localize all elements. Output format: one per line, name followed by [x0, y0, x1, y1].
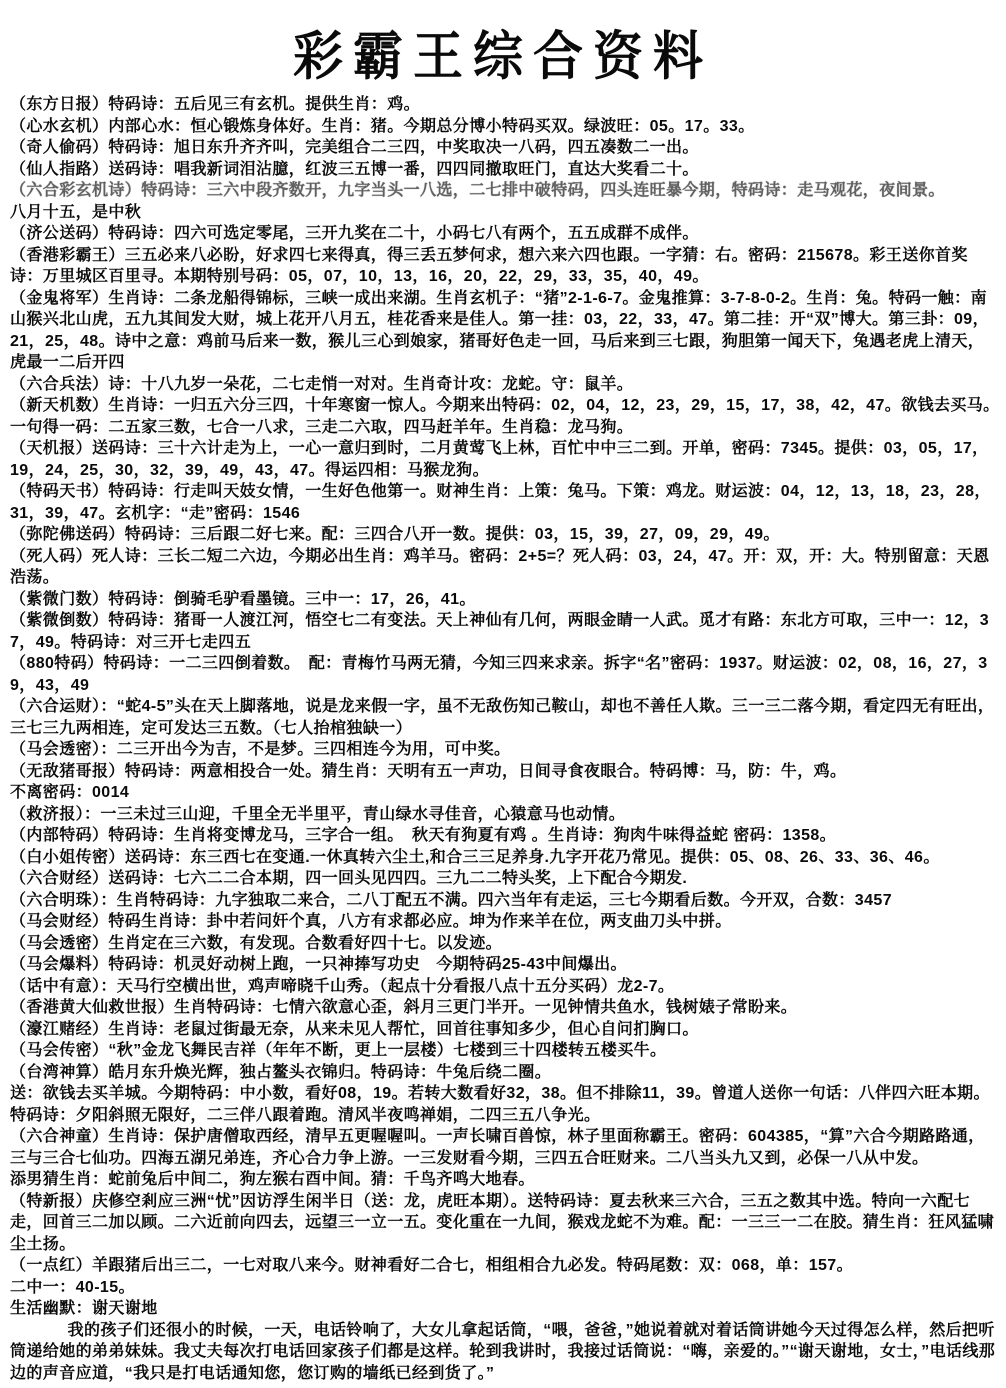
text-line: （特码天书）特码诗：行走叫天妓女情，一生好色他第一。财神生肖：上策：兔马。下策：…	[10, 481, 996, 524]
text-line: （心水玄机）内部心水：恒心锻炼身体好。生肖：猪。今期总分博小特码买双。绿波旺：0…	[10, 116, 996, 138]
page-title: 彩霸王综合资料	[10, 27, 996, 86]
text-line: （死人码）死人诗：三长二短二六边，今期必出生肖：鸡羊马。密码：2+5=？死人码：…	[10, 546, 996, 589]
text-line: （内部特码）特码诗：生肖将变博龙马，三字合一组。 秋天有狗夏有鸡 。生肖诗：狗肉…	[10, 825, 996, 847]
text-line: （六合明珠）：生肖特码诗：九字独取二来合，二八丁配五不满。四六当年有走运，三七今…	[10, 890, 996, 912]
text-line: （救济报）：一三未过三山迎，千里全无半里平，青山绿水寻佳音，心猿意马也动情。	[10, 804, 996, 826]
text-line: 我的孩子们还很小的时候，一天，电话铃响了，大女儿拿起话筒，“喂，爸爸，”她说着就…	[10, 1320, 996, 1385]
text-line: （880特码）特码诗：一二三四倒着数。 配：青梅竹马两无猜，今知三四来求亲。拆字…	[10, 653, 996, 696]
text-line: （香港黄大仙救世报）生肖特码诗：七情六欲意心歪，斜月三更门半开。一见钟情共鱼水，…	[10, 997, 996, 1019]
text-line: 添男猜生肖：蛇前兔后中间二，狗左猴右酉中间。猜：千鸟齐鸣大地春。	[10, 1169, 996, 1191]
text-line: 生活幽默：谢天谢地	[10, 1298, 996, 1320]
text-line: （六合运财）：“蛇4-5”头在天上脚落地，说是龙来假一字，虽不无敌伤知己鞍山，却…	[10, 696, 996, 739]
text-line: （话中有意）：天马行空横出世，鸡声啼晓千山秀。（起点十分看报八点十五分买码）龙2…	[10, 976, 996, 998]
content: （东方日报）特码诗：五后见三有玄机。提供生肖：鸡。（心水玄机）内部心水：恒心锻炼…	[10, 94, 996, 1384]
lottery-info-sheet: 彩霸王综合资料 （东方日报）特码诗：五后见三有玄机。提供生肖：鸡。（心水玄机）内…	[0, 0, 1006, 1388]
text-line: （马会爆料）特码诗：机灵好动树上跑，一只神捧写功史 今期特码25-43中间爆出。	[10, 954, 996, 976]
text-line: （东方日报）特码诗：五后见三有玄机。提供生肖：鸡。	[10, 94, 996, 116]
text-line: （紫微倒数）特码诗：猪哥一人渡江河，悟空七二有变法。天上神仙有几何，两眼金睛一人…	[10, 610, 996, 653]
text-line: 八月十五，是中秋	[10, 202, 996, 224]
text-line: （特新报）庆修空剎应三洲“忧”因访浮生闲半日（送：龙，虎旺本期）。送特码诗：夏去…	[10, 1191, 996, 1256]
text-line: （无敌猪哥报）特码诗：两意相投合一处。猜生肖：天明有五一声功，日间寻食夜眼合。特…	[10, 761, 996, 783]
text-line: （六合彩玄机诗）特码诗：三六中段齐数开，九字当头一八选，二七排中破特码，四头连旺…	[10, 180, 996, 202]
text-line: （马会财经）特码生肖诗：卦中若问奸个真，八方有求都必应。坤为作来羊在位，两支曲刀…	[10, 911, 996, 933]
text-line: （一点红）羊跟猪后出三二，一七对取八来今。财神看好二合七，相组相合九必发。特码尾…	[10, 1255, 996, 1277]
text-line: （香港彩霸王）三五必来八必盼，好求四七来得真，得三丢五梦何求，想六来六四也跟。一…	[10, 245, 996, 288]
text-line: （马会透密）生肖定在三六数，有发现。合数看好四十七。以发迹。	[10, 933, 996, 955]
text-line: （台湾神算）皓月东升焕光辉，独占鳌头衣锦归。特码诗：牛兔后绕二圈。	[10, 1062, 996, 1084]
text-line: （六合神童）生肖诗：保护唐僧取西经，清早五更喔喔叫。一声长啸百兽惊，林子里面称霸…	[10, 1126, 996, 1169]
text-line: （六合兵法）诗：十八九岁一朵花，二七走悄一对对。生肖奇计攻：龙蛇。守：鼠羊。	[10, 374, 996, 396]
text-line: （马会传密）“秋”金龙飞舞民吉祥（年年不断，更上一层楼）七楼到三十四楼转五楼买牛…	[10, 1040, 996, 1062]
text-line: （白小姐传密）送码诗：东三西七在变通.一休真转六尘土,和合三三足养身.九字开花乃…	[10, 847, 996, 869]
text-line: （金鬼将军）生肖诗：二条龙船得锦标，三峡一成出来湖。生肖玄机子：“猪”2-1-6…	[10, 288, 996, 374]
text-line: （马会透密）：二三开出今为吉，不是梦。三四相连今为用，可中奖。	[10, 739, 996, 761]
text-line: （济公送码）特码诗：四六可选定零尾，三开九奖在二十，小码七八有两个，五五成群不成…	[10, 223, 996, 245]
text-line: （仙人指路）送码诗：唱我新词泪沾臆，红波三五博一番，四四同撤取旺门，直达大奖看二…	[10, 159, 996, 181]
text-line: （天机报）送码诗：三十六计走为上，一心一意归到时，二月黄莺飞上林，百忙中中三二到…	[10, 438, 996, 481]
text-line: （六合财经）送码诗：七六二二合本期，四一回头见四四。三九二二特头奖，上下配合今期…	[10, 868, 996, 890]
text-line: 二中一：40-15。	[10, 1277, 996, 1299]
text-line: （濠江赌经）生肖诗：老鼠过街最无奈，从来未见人帮忙，回首往事知多少，但心自问扪胸…	[10, 1019, 996, 1041]
text-line: （新天机数）生肖诗：一归五六分三四，十年寒窗一惊人。今期来出特码：02，04，1…	[10, 395, 996, 438]
text-line: 不离密码：0014	[10, 782, 996, 804]
text-line: 送：欲钱去买羊城。今期特码：中小数，看好08，19。若转大数看好32，38。但不…	[10, 1083, 996, 1126]
text-line: （紫微门数）特码诗：倒骑毛驴看墨镜。三中一：17，26，41。	[10, 589, 996, 611]
text-line: （奇人偷码）特码诗：旭日东升齐齐叫，完美组合二三四，中奖取决一八码，四五凑数二一…	[10, 137, 996, 159]
text-line: （弥陀佛送码）特码诗：三后跟二好七来。配：三四合八开一数。提供：03，15，39…	[10, 524, 996, 546]
